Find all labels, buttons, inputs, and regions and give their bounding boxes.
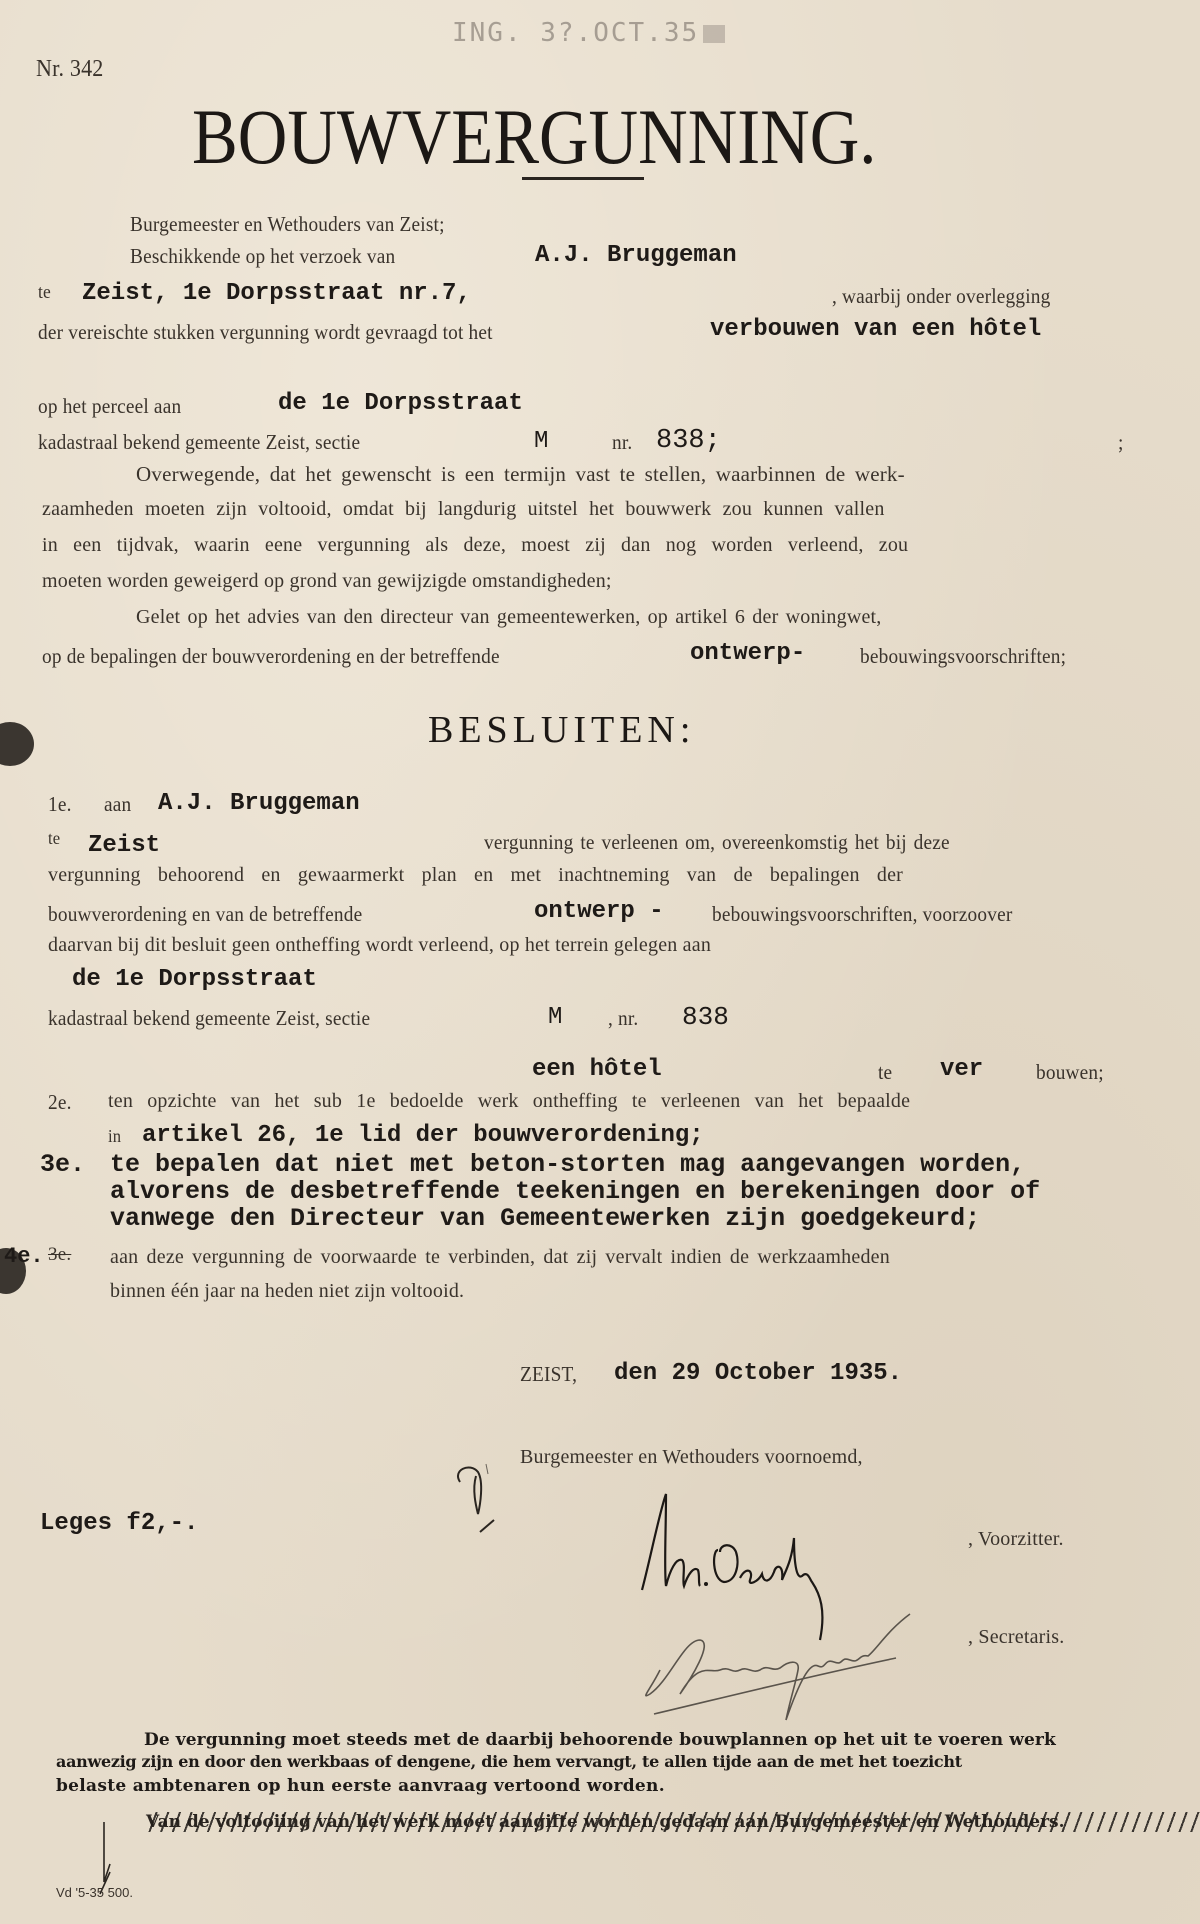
item-1-line-1: 1e. aan A.J. Bruggeman	[48, 790, 648, 822]
item-3-label: 3e.	[40, 1150, 85, 1179]
having-regard-line-1: Gelet op het advies van den directeur va…	[136, 606, 882, 629]
place-date: ZEIST, den 29 October 1935.	[520, 1360, 1020, 1392]
item-1-line-5: daarvan bij dit besluit geen ontheffing …	[48, 934, 711, 957]
item-1-label: 1e.	[48, 792, 72, 817]
received-stamp: ING. 3?.OCT.35	[452, 18, 725, 48]
cadastral-line: kadastraal bekend gemeente Zeist, sectie…	[38, 426, 1128, 458]
intro-line-1: Burgemeester en Wethouders van Zeist;	[130, 212, 445, 237]
item-2-line-1: 2e. ten opzichte van het sub 1e bedoelde…	[48, 1090, 1138, 1122]
document-number: Nr. 342	[36, 56, 104, 83]
parcel-street: de 1e Dorpsstraat	[278, 390, 523, 417]
fees: Leges f2,-.	[40, 1510, 198, 1537]
item-1-line-3: vergunning behoorend en gewaarmerkt plan…	[48, 864, 903, 887]
item-1-object-line: een hôtel te ver bouwen;	[48, 1056, 1138, 1088]
item-1-line-4: bouwverordening en van de betreffende on…	[48, 898, 1138, 930]
item-1-place: Zeist	[88, 832, 160, 859]
having-regard-line-2: op de bepalingen der bouwverordening en …	[42, 640, 1132, 672]
requested-work: verbouwen van een hôtel	[710, 316, 1041, 343]
footer-notice-line-2: aanwezig zijn en door den werkbaas of de…	[56, 1752, 962, 1771]
item-4-line-2: binnen één jaar na heden niet zijn volto…	[110, 1280, 464, 1303]
punch-hole-top	[0, 722, 34, 766]
secretary-signature	[640, 1610, 960, 1735]
stamp-smudge	[703, 25, 725, 43]
title-underline	[522, 177, 644, 180]
applicant-address: Zeist, 1e Dorpsstraat nr.7,	[82, 280, 471, 307]
item-1-line-2: te Zeist vergunning te verleenen om, ove…	[48, 828, 1138, 860]
intro-line-2: Beschikkende op het verzoek van A.J. Bru…	[130, 244, 418, 269]
item-2-article: artikel 26, 1e lid der bouwverordening;	[142, 1122, 704, 1149]
considering-line-3: in een tijdvak, waarin eene vergunning a…	[42, 534, 908, 557]
item-4-line-1: aan deze vergunning de voorwaarde te ver…	[110, 1246, 890, 1269]
item-1-object: een hôtel	[532, 1056, 662, 1083]
item-4-label-new: 4e.	[4, 1244, 44, 1269]
footer-struck-line: Van de voltooiing van het werk moet aang…	[146, 1812, 1200, 1832]
item-3-line-3: vanwege den Directeur van Gemeentewerken…	[110, 1204, 980, 1233]
applicant-name: A.J. Bruggeman	[535, 242, 737, 269]
decision-heading: BESLUITEN:	[428, 708, 695, 752]
print-code: Vd '5-35 500.	[56, 1885, 133, 1900]
initials-mark	[450, 1460, 510, 1535]
issue-date: den 29 October 1935.	[614, 1360, 902, 1387]
footer-notice-line-1: De vergunning moet steeds met de daarbij…	[144, 1730, 1056, 1750]
item-1-parcel-nr: 838	[682, 1002, 729, 1032]
signatories-heading: Burgemeester en Wethouders voornoemd,	[520, 1446, 863, 1469]
item-3-line-1: te bepalen dat niet met beton-storten ma…	[110, 1150, 1025, 1179]
considering-line-1: Overwegende, dat het gewenscht is een te…	[136, 462, 1200, 487]
footer-notice-line-3: belaste ambtenaren op hun eerste aanvraa…	[56, 1776, 665, 1796]
item-1-section: M	[548, 1004, 562, 1031]
chairman-label: , Voorzitter.	[968, 1528, 1064, 1551]
intro-line-4: der vereischte stukken vergunning wordt …	[38, 316, 1128, 348]
parcel-line: op het perceel aan de 1e Dorpsstraat	[38, 390, 1128, 422]
item-1-name: A.J. Bruggeman	[158, 790, 360, 817]
secretary-label: , Secretaris.	[968, 1626, 1064, 1649]
considering-line-2: zaamheden moeten zijn voltooid, omdat bi…	[42, 498, 885, 521]
item-3-line-2: alvorens de desbetreffende teekeningen e…	[110, 1177, 1040, 1206]
intro-line-3: te Zeist, 1e Dorpsstraat nr.7, , waarbij…	[38, 280, 1128, 312]
item-1-cadastral: kadastraal bekend gemeente Zeist, sectie…	[48, 1002, 948, 1034]
item-4-label: 4e. 3e.	[4, 1244, 114, 1274]
item-1-street: de 1e Dorpsstraat	[72, 966, 317, 993]
item-4-label-struck: 3e.	[48, 1244, 71, 1266]
considering-line-4: moeten worden geweigerd op grond van gew…	[42, 570, 612, 593]
section-letter: M	[534, 428, 548, 455]
parcel-number: 838;	[656, 426, 721, 456]
page-title: BOUWVERGUNNING.	[192, 92, 876, 182]
item-2-label: 2e.	[48, 1090, 72, 1115]
ontwerp-typed: ontwerp-	[690, 640, 805, 667]
item-1-ontwerp: ontwerp -	[534, 898, 664, 925]
